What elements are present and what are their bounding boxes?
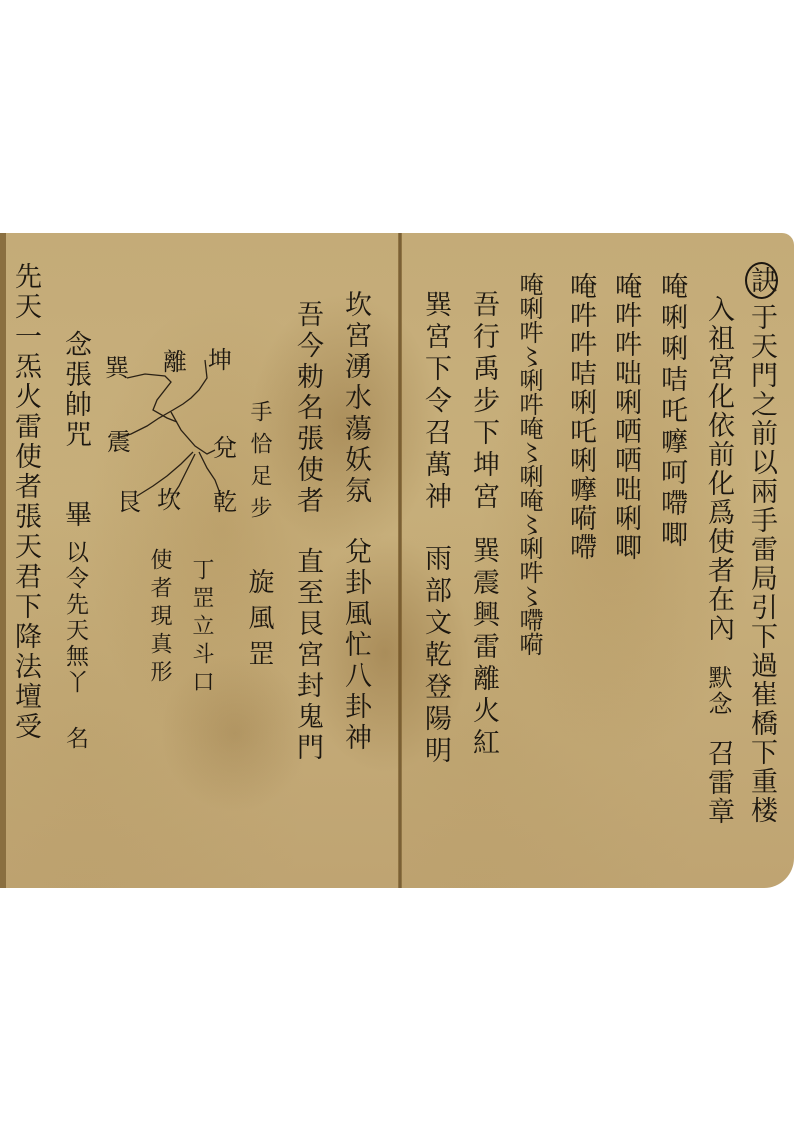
text-column: 巽宮下令召萬神雨部文乾登陽明 <box>422 290 449 768</box>
trigram-gen: 艮 <box>117 482 141 517</box>
text-column: 入祖宮化依前化爲使者在內默念召雷章 <box>705 295 732 826</box>
text-column: 念張帥咒畢以令先天無丫名 <box>62 330 89 752</box>
text-column: 吾今勅名張使者直至艮宮封鬼門 <box>294 300 321 764</box>
circled-marker: 訣 <box>745 262 778 299</box>
text-column: 唵唎吽〻唎吽唵〻唎唵〻唎吽〻㗣嗬 <box>517 272 541 656</box>
trigram-kun: 坤 <box>208 340 232 375</box>
text-column: 唵唎唎咭吒嚤呵㗣唧 <box>658 272 685 551</box>
water-stain <box>160 653 310 813</box>
text-column: 訣于天門之前以兩手雷局引下過崔橋下重楼 <box>745 262 778 825</box>
text-column: 先天一炁火雷使者張天君下降法壇受 <box>12 262 39 742</box>
text-column: 唵吽吽咄唎哂哂咄唎唧 <box>612 272 639 562</box>
bagua-step-diagram: 巽 離 坤 震 兌 艮 坎 乾 <box>95 330 255 520</box>
trigram-xun: 巽 <box>105 348 129 383</box>
trigram-li: 離 <box>163 342 187 377</box>
right-page <box>400 233 794 888</box>
trigram-qian: 乾 <box>213 482 237 517</box>
trigram-kan: 坎 <box>157 480 181 515</box>
trigram-dui: 兌 <box>213 428 237 463</box>
trigram-zhen: 震 <box>107 422 131 457</box>
text-column: 使者現真形 <box>148 548 170 688</box>
text-column: 唵吽吽咭唎吒唎嚤嗬㗣 <box>567 272 594 562</box>
text-column: 丁罡立斗口 <box>190 558 212 698</box>
text-column: 吾行禹步下坤宮巽震興雷離火紅 <box>470 290 497 760</box>
text-column: 坎宮湧水蕩妖氛兌卦風忙八卦神 <box>342 290 369 754</box>
